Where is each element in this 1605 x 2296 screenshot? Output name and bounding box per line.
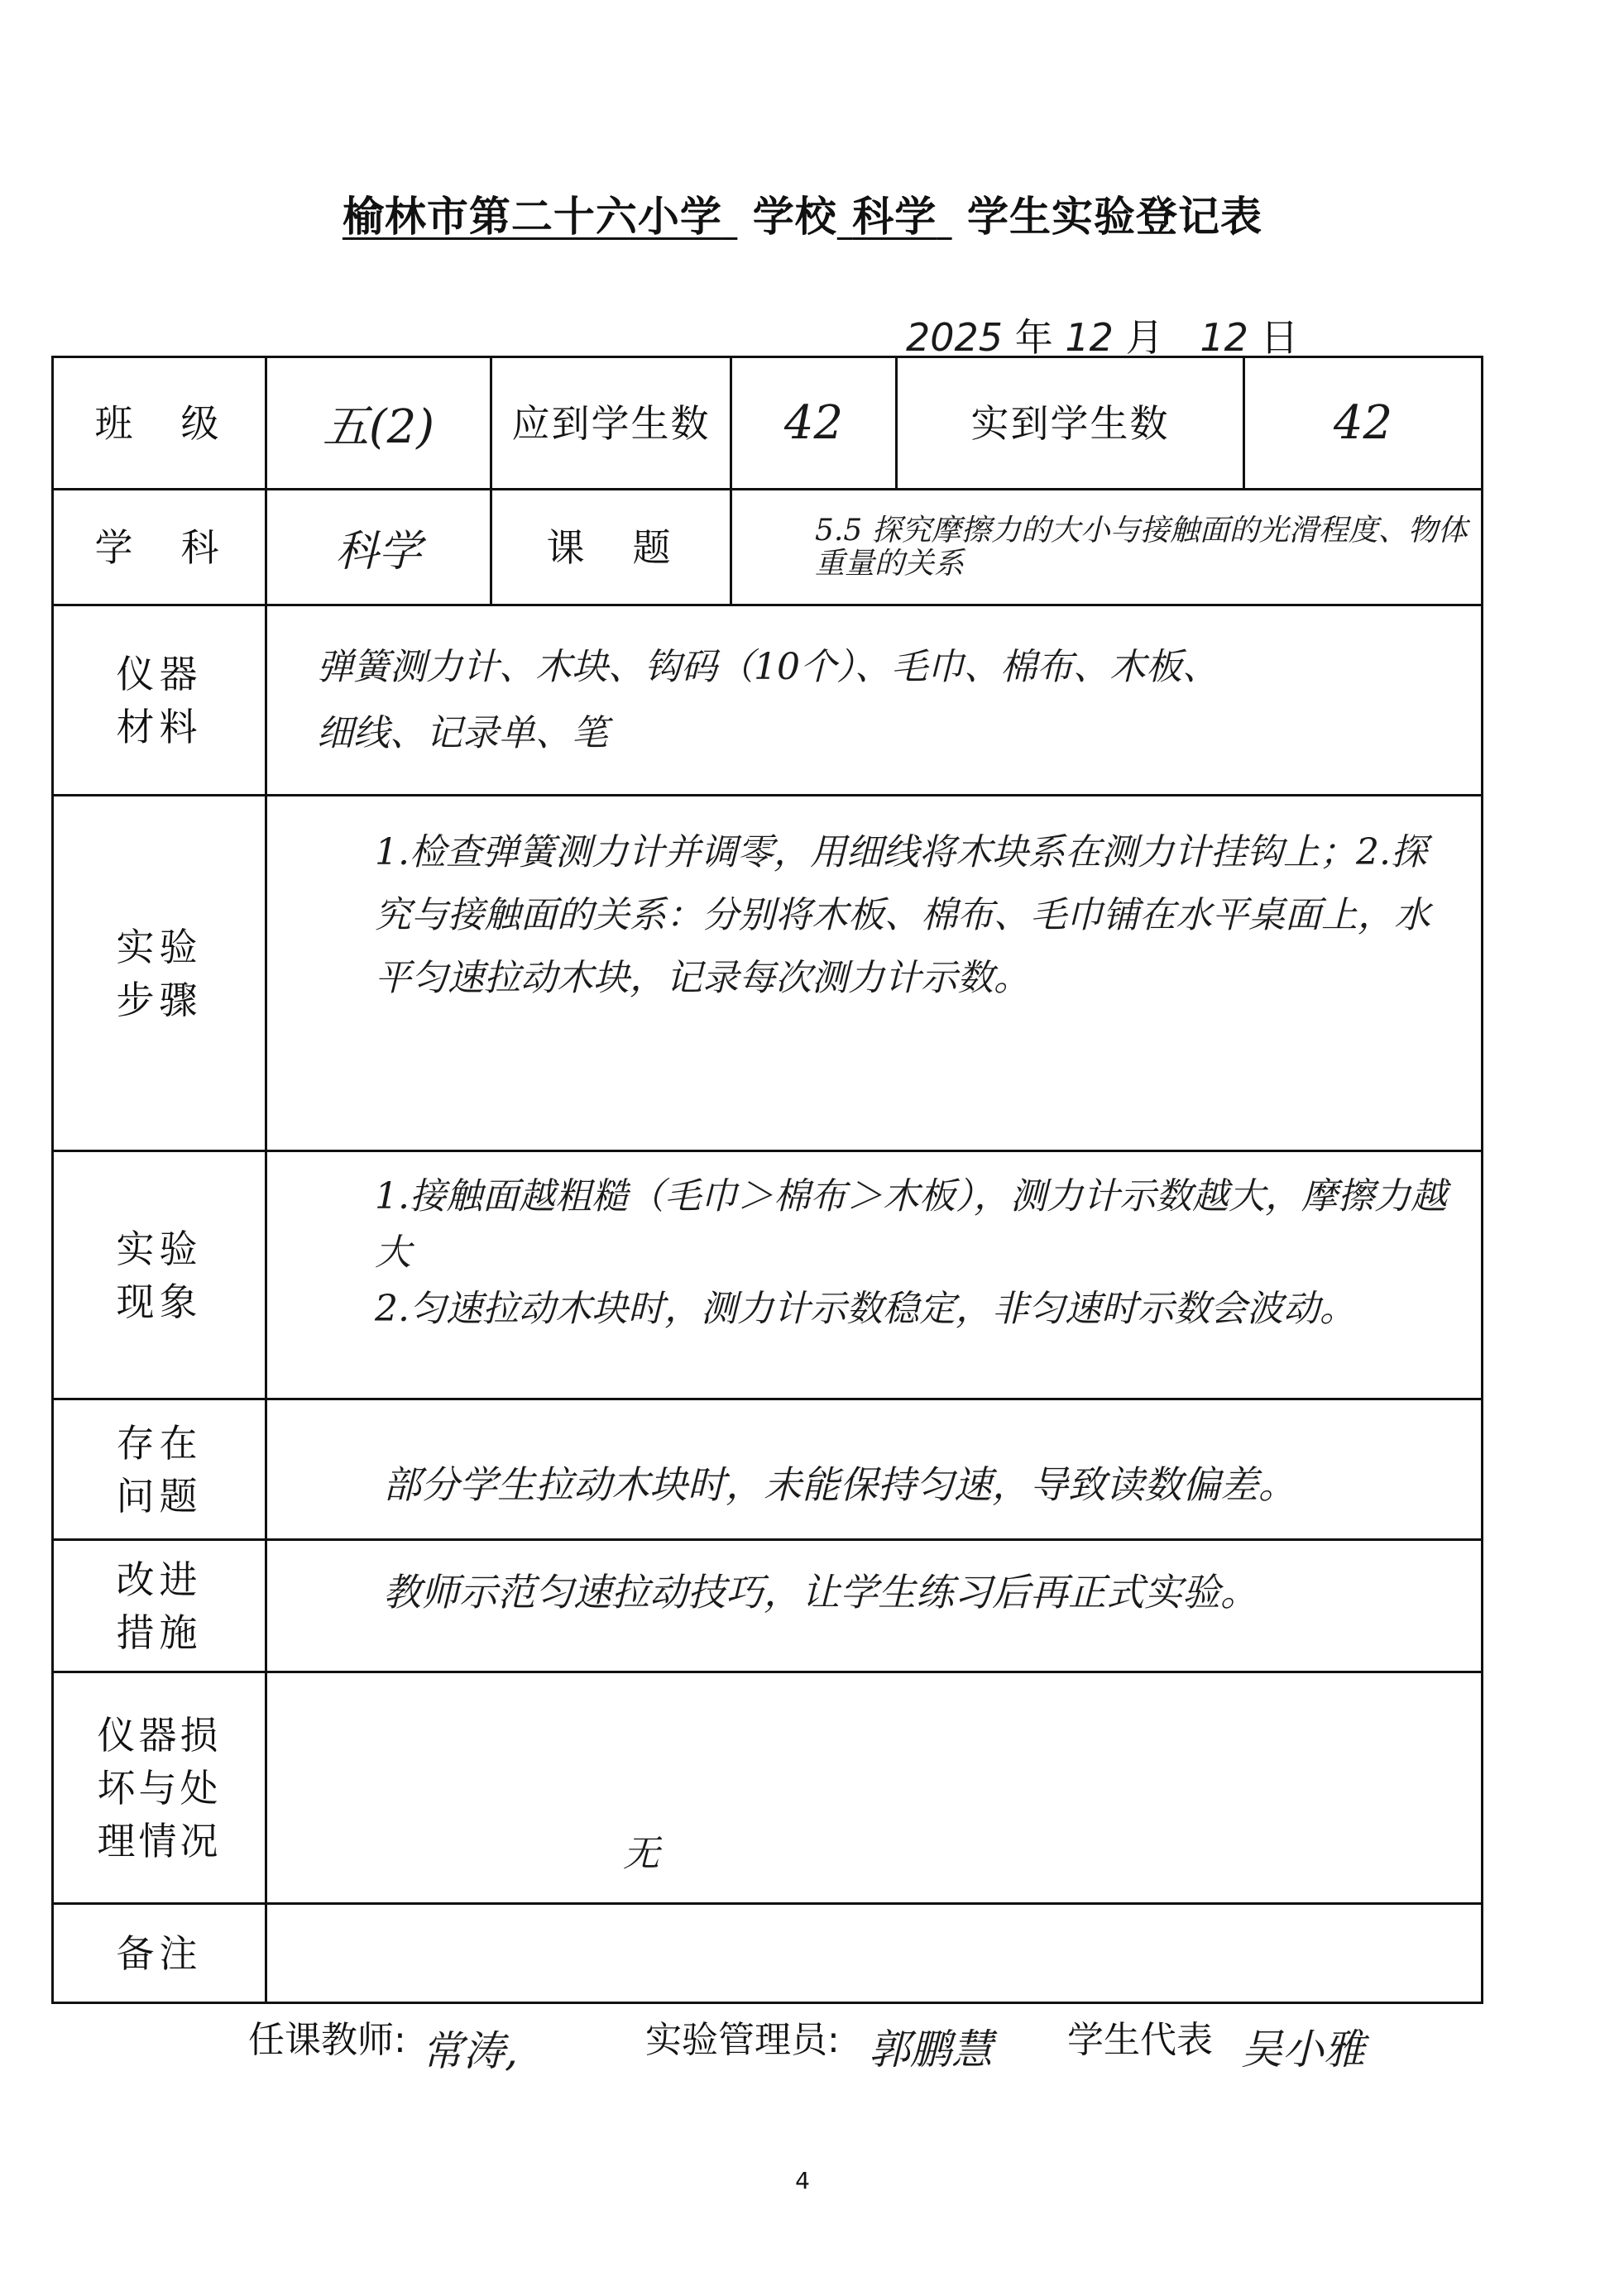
class-value: 五(2) [266, 357, 491, 490]
class-row: 班 级 五(2) 应到学生数 42 实到学生数 42 [53, 357, 1483, 490]
problems-label: 存在 问题 [53, 1399, 266, 1540]
topic-label: 课 题 [491, 490, 731, 605]
phenomena-label: 实验 现象 [53, 1151, 266, 1399]
date-year-label: 年 [1015, 315, 1053, 360]
equipment-row: 仪器 材料 弹簧测力计、木块、钩码（10个）、毛巾、棉布、木板、 细线、记录单、… [53, 605, 1483, 796]
form-title: 榆林市第二十六小学 学校 科学 学生实验登记表 [0, 184, 1605, 243]
date-month: 12 [1065, 315, 1114, 360]
actual-students-value: 42 [1244, 357, 1483, 490]
date-day-label: 日 [1261, 315, 1299, 360]
form-name: 学生实验登记表 [967, 193, 1262, 241]
school-suffix: 学校 [753, 193, 837, 241]
improvements-row: 改进 措施 教师示范匀速拉动技巧，让学生练习后再正式实验。 [53, 1540, 1483, 1672]
remarks-row: 备注 [53, 1904, 1483, 2003]
topic-value: 5.5 探究摩擦力的大小与接触面的光滑程度、物体重量的关系 [731, 490, 1483, 605]
problems-value: 部分学生拉动木块时，未能保持匀速，导致读数偏差。 [266, 1399, 1483, 1540]
remarks-label: 备注 [53, 1904, 266, 2003]
admin-signature: 郭鹏慧 [869, 2016, 993, 2076]
page-number: 4 [0, 2167, 1605, 2194]
subject-name: 科学 [852, 193, 937, 241]
problems-row: 存在 问题 部分学生拉动木块时，未能保持匀速，导致读数偏差。 [53, 1399, 1483, 1540]
damage-row: 仪器损 坏与处 理情况 无 [53, 1672, 1483, 1904]
student-rep-signature: 吴小雅 [1241, 2016, 1365, 2076]
admin-label: 实验管理员: [645, 2010, 840, 2063]
improvements-label: 改进 措施 [53, 1540, 266, 1672]
equipment-value: 弹簧测力计、木块、钩码（10个）、毛巾、棉布、木板、 细线、记录单、笔 [266, 605, 1483, 796]
steps-row: 实验 步骤 1.检查弹簧测力计并调零，用细线将木块系在测力计挂钩上；2.探究与接… [53, 796, 1483, 1151]
expected-students-label: 应到学生数 [491, 357, 731, 490]
damage-label: 仪器损 坏与处 理情况 [53, 1672, 266, 1904]
damage-value: 无 [266, 1672, 1483, 1904]
improvements-value: 教师示范匀速拉动技巧，让学生练习后再正式实验。 [266, 1540, 1483, 1672]
date-day: 12 [1200, 315, 1248, 360]
remarks-value [266, 1904, 1483, 2003]
date-month-label: 月 [1126, 315, 1164, 360]
steps-value: 1.检查弹簧测力计并调零，用细线将木块系在测力计挂钩上；2.探究与接触面的关系：… [266, 796, 1483, 1151]
subject-value: 科学 [266, 490, 491, 605]
form-date: 2025 年 12 月 12 日 [906, 308, 1299, 362]
subject-row: 学 科 科学 课 题 5.5 探究摩擦力的大小与接触面的光滑程度、物体重量的关系 [53, 490, 1483, 605]
school-name: 榆林市第二十六小学 [343, 193, 722, 241]
subject-label: 学 科 [53, 490, 266, 605]
experiment-register-table: 班 级 五(2) 应到学生数 42 实到学生数 42 学 科 科学 课 题 5.… [51, 356, 1483, 2004]
class-label: 班 级 [53, 357, 266, 490]
actual-students-label: 实到学生数 [897, 357, 1244, 490]
expected-students-value: 42 [731, 357, 897, 490]
phenomena-row: 实验 现象 1.接触面越粗糙（毛巾＞棉布＞木板），测力计示数越大，摩擦力越大 2… [53, 1151, 1483, 1399]
teacher-label: 任课教师: [248, 2010, 406, 2063]
steps-label: 实验 步骤 [53, 796, 266, 1151]
phenomena-value: 1.接触面越粗糙（毛巾＞棉布＞木板），测力计示数越大，摩擦力越大 2.匀速拉动木… [266, 1151, 1483, 1399]
date-year: 2025 [906, 315, 1003, 360]
student-rep-label: 学生代表 [1067, 2010, 1213, 2063]
teacher-signature: 常涛, [422, 2018, 518, 2078]
equipment-label: 仪器 材料 [53, 605, 266, 796]
